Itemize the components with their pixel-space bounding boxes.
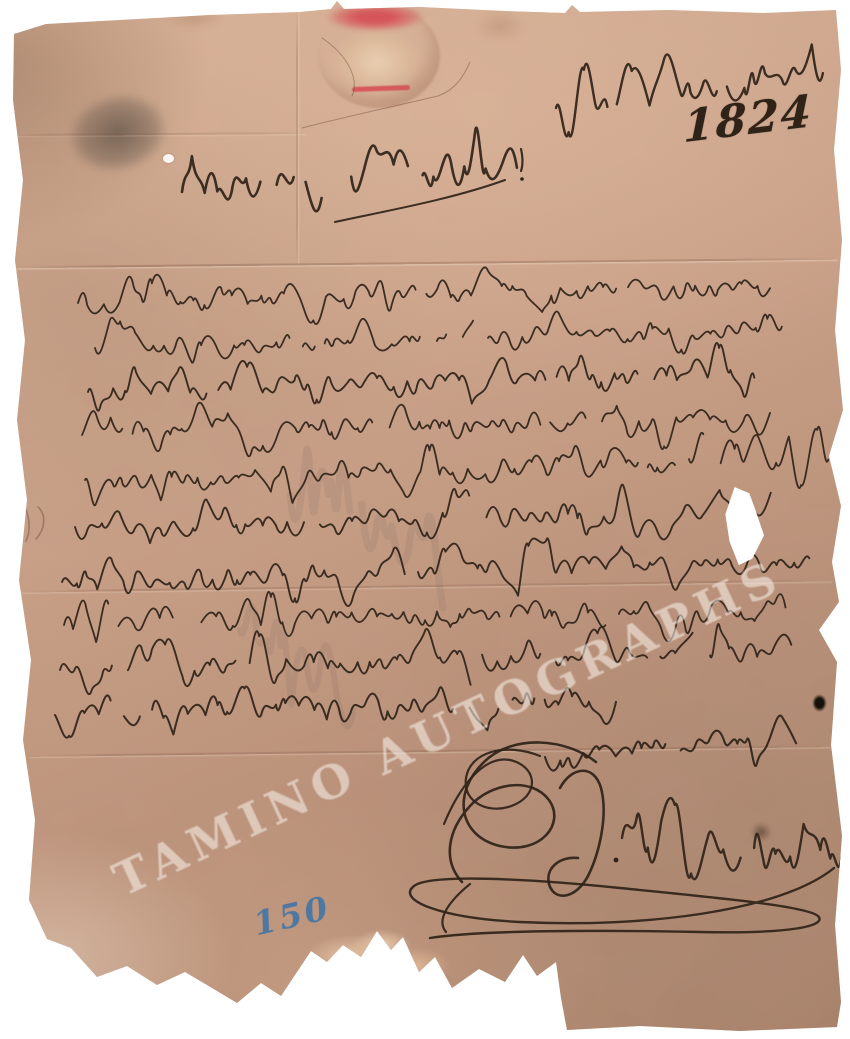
paper-fleck [163, 154, 174, 163]
scanned-letter: 1824 150 TAMINO AUTOGRAPHS [0, 0, 850, 1039]
letter-paper: 1824 150 TAMINO AUTOGRAPHS [0, 0, 850, 1039]
ink-blot [812, 694, 827, 712]
torn-edge-fibers [295, 926, 475, 994]
small-ink-stain [748, 820, 774, 844]
handwriting-svg [0, 0, 850, 1039]
